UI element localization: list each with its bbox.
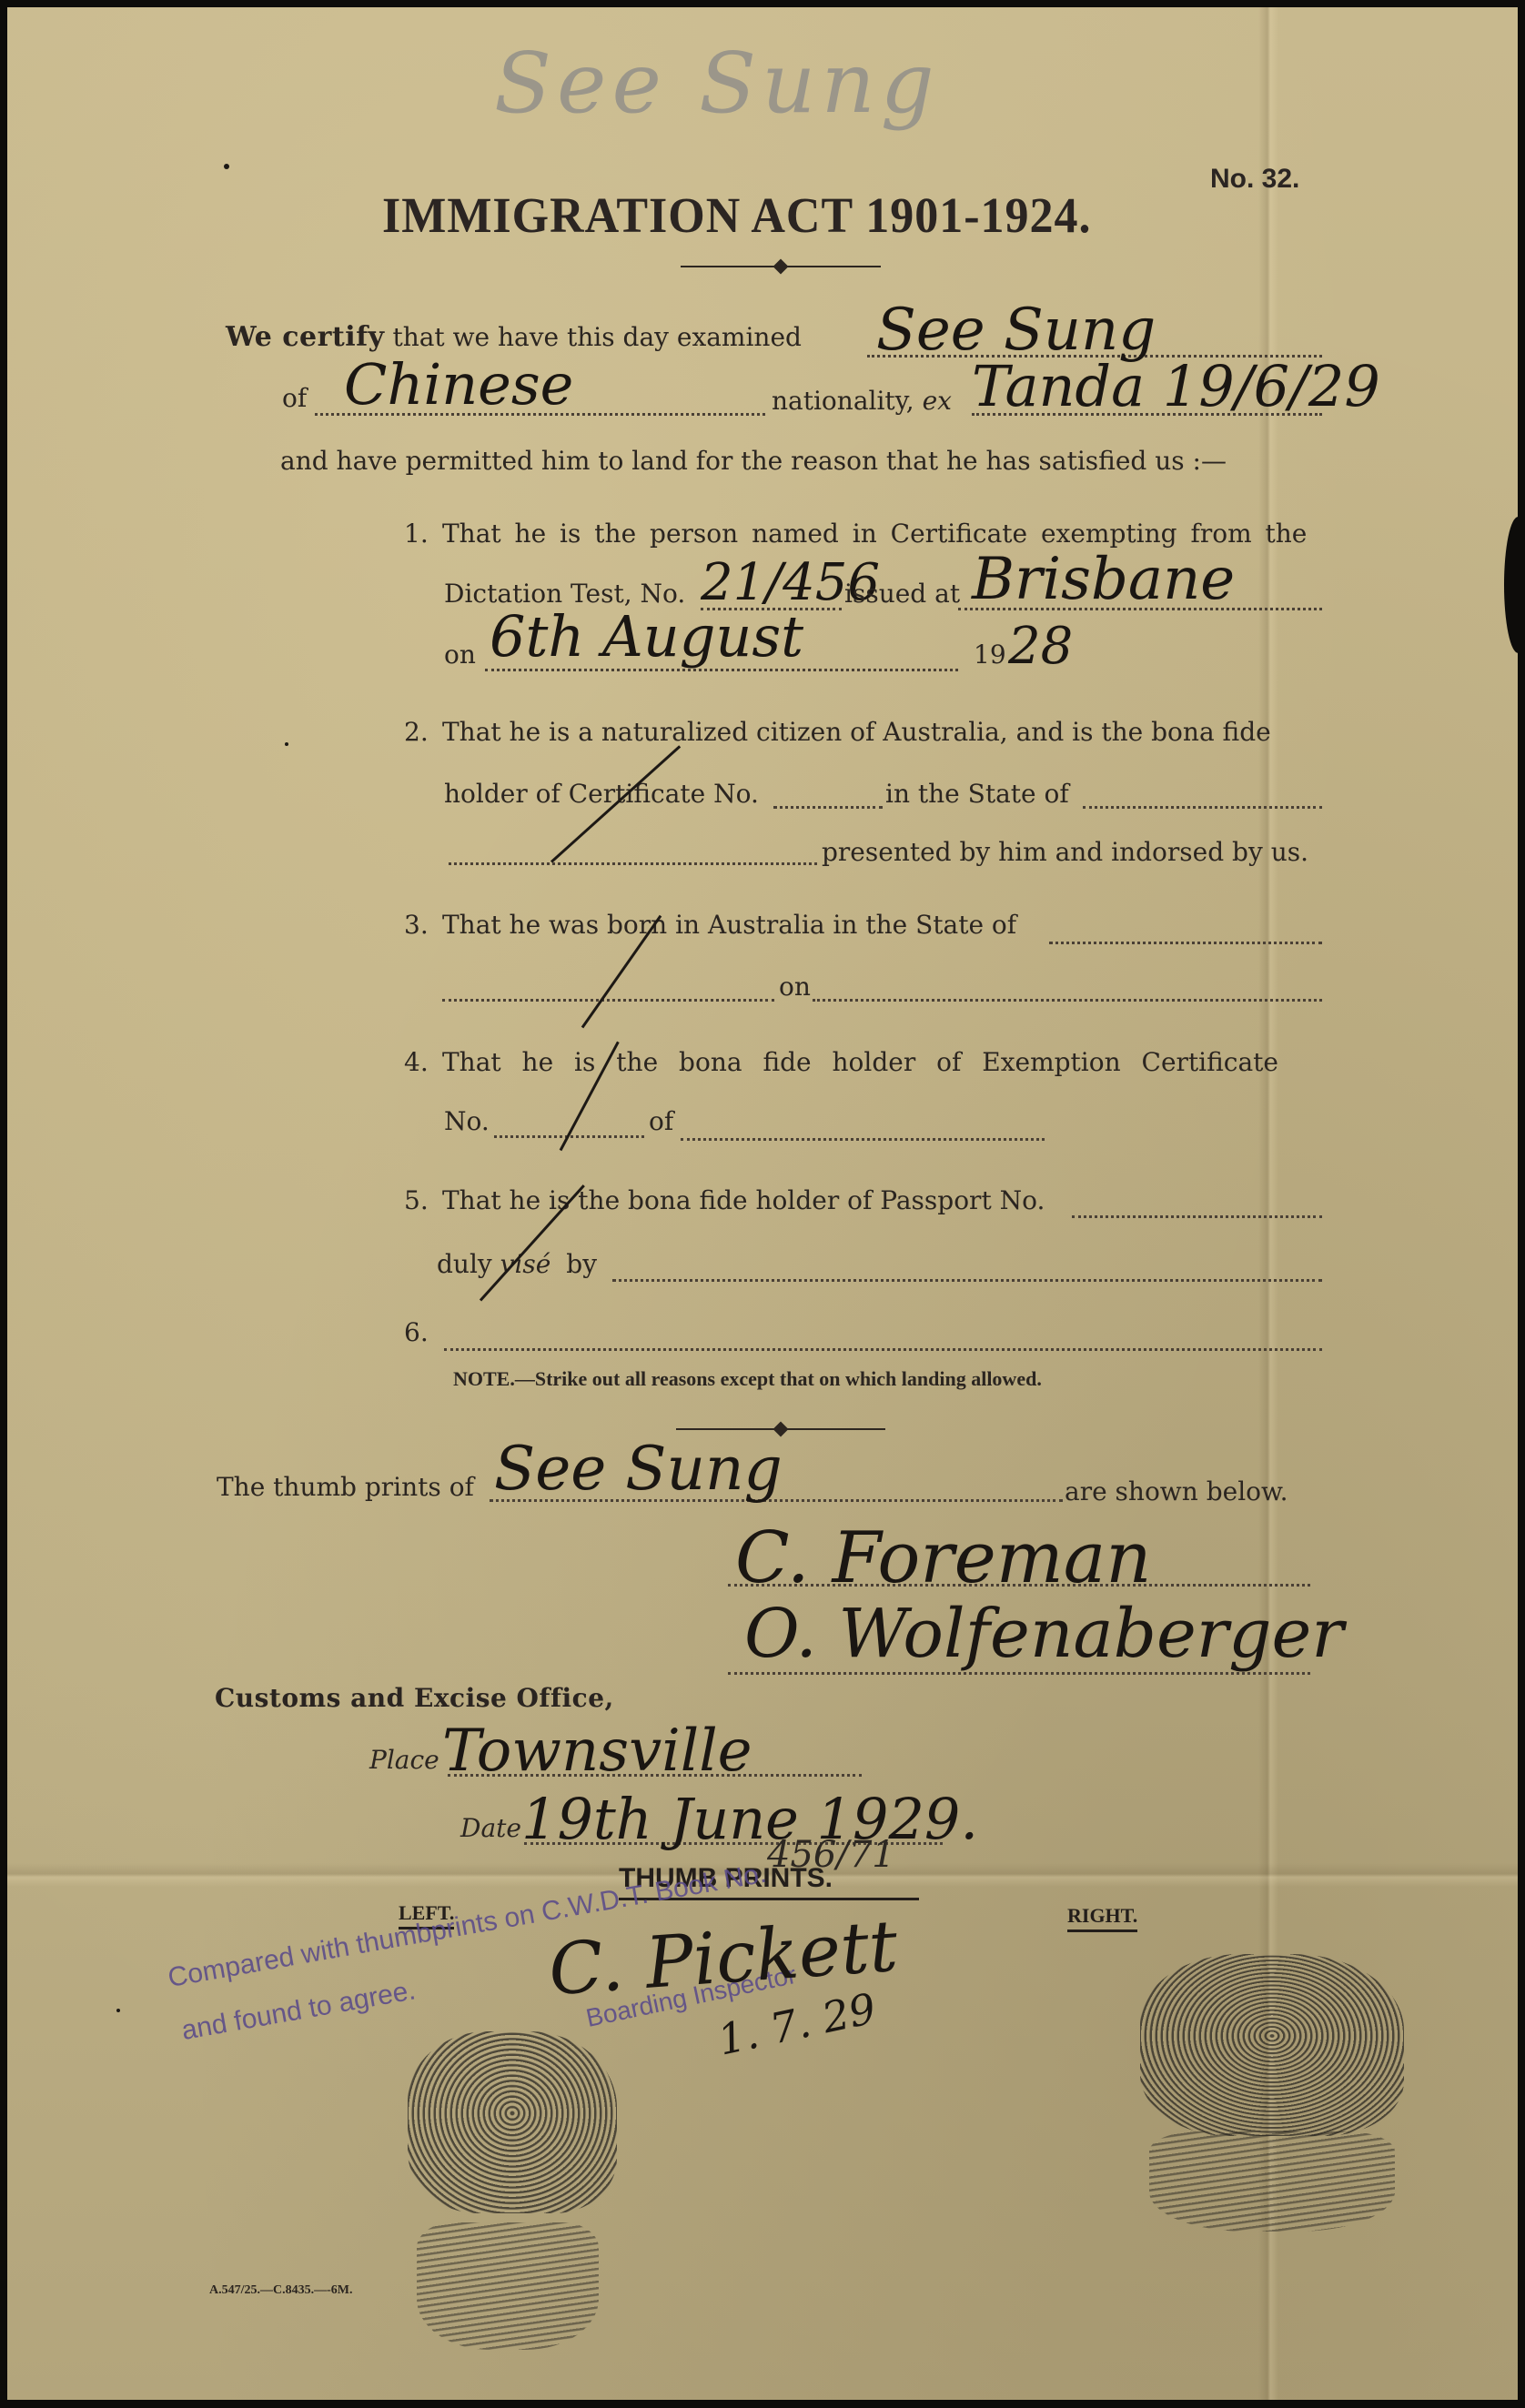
ink-speck xyxy=(224,164,229,169)
reason-4-line1: That he is the bona fide holder of Exemp… xyxy=(442,1047,1278,1077)
issued-at-label: issued at xyxy=(844,579,960,609)
reason-3-date-field-a xyxy=(442,999,774,1002)
form-number: No. 32. xyxy=(1210,164,1299,195)
printer-code: A.547/25.—C.8435.—-6M. xyxy=(209,2283,353,2298)
reason-3-date-field-b xyxy=(813,999,1322,1002)
right-thumb-label: RIGHT. xyxy=(1067,1904,1137,1932)
right-thumbprint xyxy=(1140,1954,1404,2136)
reason-6-number: 6. xyxy=(404,1317,429,1347)
torn-edge xyxy=(1504,517,1525,653)
reason-2-cert-no-field xyxy=(773,806,883,809)
reason-2-cert-label: holder of Certificate No. xyxy=(444,779,759,809)
certify-line: We certify that we have this day examine… xyxy=(226,321,802,353)
left-thumbprint xyxy=(408,2031,617,2213)
ink-speck xyxy=(285,742,288,746)
issue-date-value[interactable]: 6th August xyxy=(490,603,803,670)
nationality-label: nationality, ex xyxy=(772,386,952,416)
reason-2-state-field xyxy=(1083,806,1322,809)
permitted-statement: and have permitted him to land for the r… xyxy=(280,446,1227,476)
reason-4-of-field xyxy=(681,1138,1045,1141)
document-title: IMMIGRATION ACT 1901-1924. xyxy=(382,188,1092,245)
thumbprint-reference-number: 456/71 xyxy=(767,1834,895,1876)
reason-2-line3: presented by him and indorsed by us. xyxy=(822,837,1308,867)
thumb-prints-prefix: The thumb prints of xyxy=(217,1472,474,1502)
reason-5-line1: That he is the bona fide holder of Passp… xyxy=(442,1185,1045,1215)
pencil-name-annotation: See Sung xyxy=(494,35,940,132)
reason-5-number: 5. xyxy=(404,1185,429,1215)
officer-signature-1: C. Foreman xyxy=(735,1517,1151,1599)
nationality-label-text: nationality, xyxy=(772,386,914,416)
reason-2-state-field-cont xyxy=(449,862,817,865)
reason-3-state-field xyxy=(1049,942,1322,944)
reason-3-line1: That he was born in Australia in the Sta… xyxy=(442,910,1016,940)
reason-6-field[interactable] xyxy=(444,1348,1322,1351)
section-ornament-divider xyxy=(676,1428,885,1430)
place-label: Place xyxy=(369,1745,439,1775)
reason-2-number: 2. xyxy=(404,717,429,747)
vise-by-field xyxy=(612,1279,1322,1282)
date-label: Date xyxy=(460,1813,521,1843)
on-label: on xyxy=(444,640,476,670)
year-suffix-value[interactable]: 28 xyxy=(1008,617,1073,676)
reason-1-number: 1. xyxy=(404,519,429,549)
thumb-prints-suffix: are shown below. xyxy=(1065,1476,1288,1506)
issued-at-value[interactable]: Brisbane xyxy=(972,546,1235,613)
nationality-value[interactable]: Chinese xyxy=(344,351,573,418)
reason-4-number: 4. xyxy=(404,1047,429,1077)
of-label: of xyxy=(282,383,307,413)
vise-label: visé xyxy=(500,1249,551,1279)
year-prefix: 19 xyxy=(974,640,1006,670)
place-value[interactable]: Townsville xyxy=(442,1718,752,1785)
passport-no-field xyxy=(1072,1215,1322,1218)
strike-out-note: NOTE.—Strike out all reasons except that… xyxy=(453,1367,1042,1391)
reason-1-line1: That he is the person named in Certifica… xyxy=(442,519,1307,549)
certify-text: that we have this day examined xyxy=(392,322,802,352)
officer-signature-1-line xyxy=(728,1584,1310,1587)
left-thumbprint-lower xyxy=(417,2222,599,2350)
duly-label: duly xyxy=(437,1249,492,1279)
reason-4-of-label: of xyxy=(649,1106,673,1136)
reason-3-number: 3. xyxy=(404,910,429,940)
reason-4-no-label: No. xyxy=(444,1106,490,1136)
ex-vessel-value[interactable]: Tanda 19/6/29 xyxy=(972,353,1380,419)
ink-speck xyxy=(116,2009,120,2012)
ex-label: ex xyxy=(923,386,952,416)
reason-2-state-label: in the State of xyxy=(885,779,1069,809)
by-label: by xyxy=(566,1249,597,1279)
officer-signature-2: O. Wolfenaberger xyxy=(744,1595,1344,1673)
officer-signature-2-line xyxy=(728,1672,1310,1675)
date-value[interactable]: 19th June 1929. xyxy=(521,1786,978,1852)
certify-prefix: We certify xyxy=(226,321,385,353)
reason-2-line1: That he is a naturalized citizen of Aust… xyxy=(442,717,1271,747)
thumb-prints-name-value[interactable]: See Sung xyxy=(494,1434,783,1504)
right-thumbprint-lower xyxy=(1149,2131,1395,2232)
reason-3-on-label: on xyxy=(779,972,811,1002)
customs-office-label: Customs and Excise Office, xyxy=(215,1683,614,1713)
immigration-certificate-page: See Sung No. 32. IMMIGRATION ACT 1901-19… xyxy=(7,7,1518,2400)
title-ornament-divider xyxy=(681,266,881,267)
reason-5-visa-line: duly visé by xyxy=(437,1249,597,1279)
